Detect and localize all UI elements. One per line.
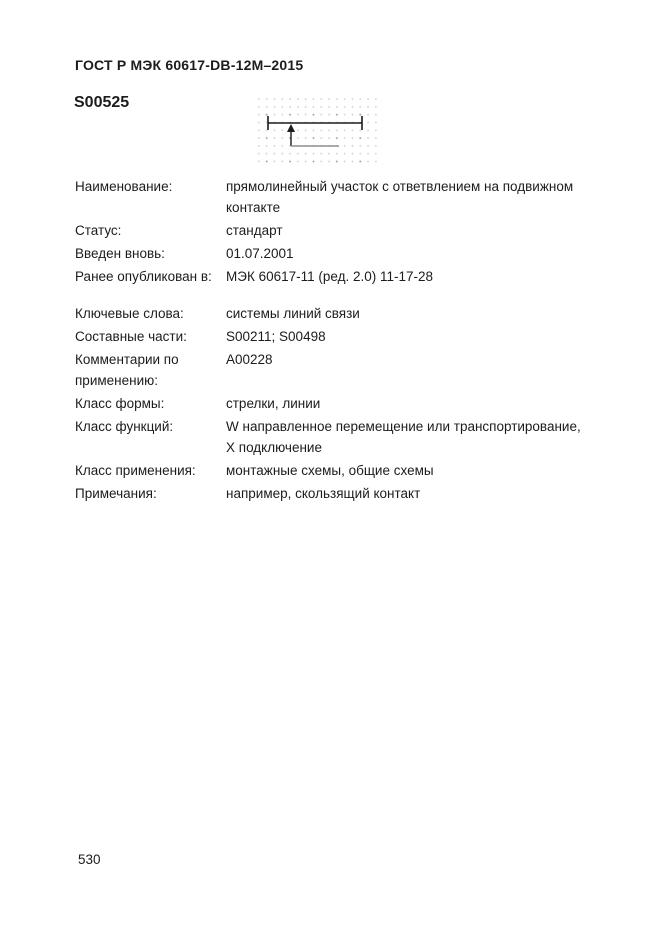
field-value: системы линий связи (226, 303, 584, 324)
field-value: W направленное перемещение или транспорт… (226, 416, 584, 458)
field-row-shape-class: Класс формы: стрелки, линии (75, 393, 587, 414)
field-row-previously-published: Ранее опубликован в: МЭК 60617-11 (ред. … (75, 266, 587, 287)
field-label: Примечания: (75, 483, 226, 504)
field-value: монтажные схемы, общие схемы (226, 460, 584, 481)
field-row-introduced: Введен вновь: 01.07.2001 (75, 243, 587, 264)
field-row-function-class: Класс функций: W направленное перемещени… (75, 416, 587, 458)
symbol-id: S00525 (74, 94, 129, 112)
field-value: например, скользящий контакт (226, 483, 584, 504)
field-label: Статус: (75, 220, 226, 241)
field-value: МЭК 60617-11 (ред. 2.0) 11-17-28 (226, 266, 584, 287)
field-label: Наименование: (75, 176, 226, 197)
field-row-application-comments: Комментарии по применению: A00228 (75, 349, 587, 391)
field-label: Ключевые слова: (75, 303, 226, 324)
document-title: ГОСТ Р МЭК 60617-DB-12M–2015 (75, 57, 303, 73)
field-value: A00228 (226, 349, 584, 370)
field-value: 01.07.2001 (226, 243, 584, 264)
symbol-diagram (252, 96, 378, 164)
field-value: S00211; S00498 (226, 326, 584, 347)
field-row-components: Составные части: S00211; S00498 (75, 326, 587, 347)
attribute-list: Наименование: прямолинейный участок с от… (75, 176, 587, 506)
field-label: Класс формы: (75, 393, 226, 414)
field-row-status: Статус: стандарт (75, 220, 587, 241)
field-row-notes: Примечания: например, скользящий контакт (75, 483, 587, 504)
field-label: Составные части: (75, 326, 226, 347)
symbol-diagram-drawing (252, 96, 378, 164)
field-row-application-class: Класс применения: монтажные схемы, общие… (75, 460, 587, 481)
document-page: ГОСТ Р МЭК 60617-DB-12M–2015 S00525 Наим… (0, 0, 661, 936)
attribute-group: Наименование: прямолинейный участок с от… (75, 176, 587, 287)
page-number: 530 (78, 852, 101, 867)
field-value: стрелки, линии (226, 393, 584, 414)
field-label: Класс функций: (75, 416, 226, 437)
field-row-name: Наименование: прямолинейный участок с от… (75, 176, 587, 218)
field-value: прямолинейный участок с ответвлением на … (226, 176, 584, 218)
field-row-keywords: Ключевые слова: системы линий связи (75, 303, 587, 324)
field-label: Комментарии по применению: (75, 349, 226, 391)
arrow-head-icon (287, 124, 295, 132)
field-label: Ранее опубликован в: (75, 266, 226, 287)
field-label: Класс применения: (75, 460, 226, 481)
field-label: Введен вновь: (75, 243, 226, 264)
field-value: стандарт (226, 220, 584, 241)
attribute-group: Ключевые слова: системы линий связи Сост… (75, 303, 587, 504)
